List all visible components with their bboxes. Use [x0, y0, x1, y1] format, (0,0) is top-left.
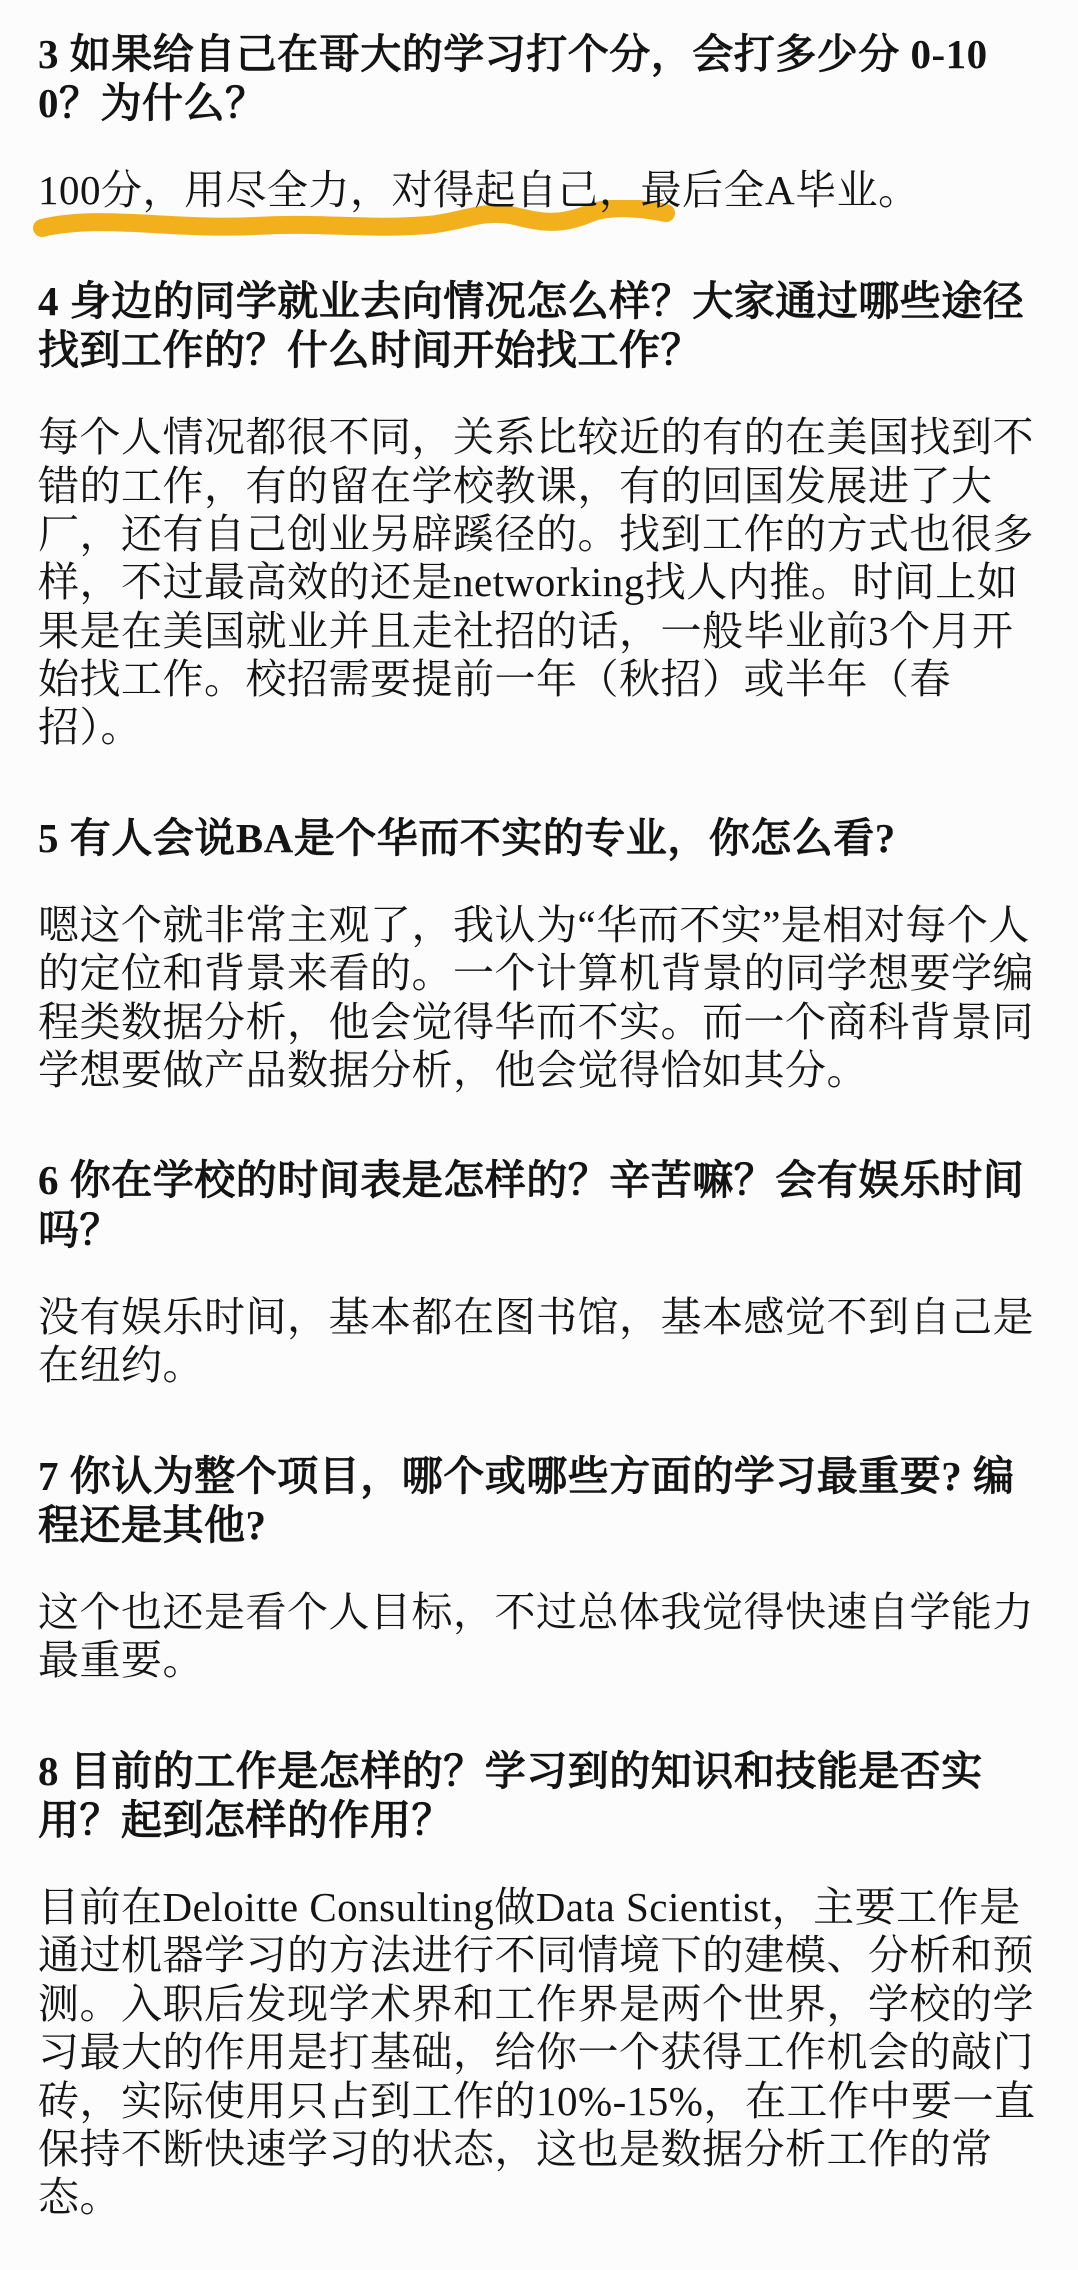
answer-6: 没有娱乐时间，基本都在图书馆，基本感觉不到自己是在纽约。: [38, 1293, 1044, 1390]
question-8: 8 目前的工作是怎样的？学习到的知识和技能是否实用？起到怎样的作用？: [38, 1747, 1044, 1845]
qa-section-3: 3 如果给自己在哥大的学习打个分，会打多少分 0-100？为什么？ 100分，用…: [38, 30, 1044, 215]
qa-document: 3 如果给自己在哥大的学习打个分，会打多少分 0-100？为什么？ 100分，用…: [0, 0, 1078, 2270]
question-3: 3 如果给自己在哥大的学习打个分，会打多少分 0-100？为什么？: [38, 30, 1044, 128]
answer-8: 目前在Deloitte Consulting做Data Scientist，主要…: [38, 1883, 1044, 2222]
qa-section-8: 8 目前的工作是怎样的？学习到的知识和技能是否实用？起到怎样的作用？ 目前在De…: [38, 1747, 1044, 2222]
question-7: 7 你认为整个项目，哪个或哪些方面的学习最重要? 编程还是其他?: [38, 1452, 1044, 1550]
answer-4: 每个人情况都很不同，关系比较近的有的在美国找到不错的工作，有的留在学校教课，有的…: [38, 413, 1044, 752]
qa-section-5: 5 有人会说BA是个华而不实的专业，你怎么看? 嗯这个就非常主观了，我认为“华而…: [38, 814, 1044, 1095]
qa-section-6: 6 你在学校的时间表是怎样的？辛苦嘛？会有娱乐时间吗？ 没有娱乐时间，基本都在图…: [38, 1156, 1044, 1389]
question-4: 4 身边的同学就业去向情况怎么样？大家通过哪些途径找到工作的？什么时间开始找工作…: [38, 277, 1044, 375]
question-6: 6 你在学校的时间表是怎样的？辛苦嘛？会有娱乐时间吗？: [38, 1156, 1044, 1254]
question-5: 5 有人会说BA是个华而不实的专业，你怎么看?: [38, 814, 1044, 863]
qa-section-7: 7 你认为整个项目，哪个或哪些方面的学习最重要? 编程还是其他? 这个也还是看个…: [38, 1452, 1044, 1685]
answer-3: 100分，用尽全力，对得起自己，最后全A毕业。: [38, 166, 1044, 214]
answer-3-text: 100分，用尽全力，对得起自己，最后全A毕业。: [38, 167, 920, 213]
answer-5: 嗯这个就非常主观了，我认为“华而不实”是相对每个人的定位和背景来看的。一个计算机…: [38, 901, 1044, 1095]
answer-7: 这个也还是看个人目标，不过总体我觉得快速自学能力最重要。: [38, 1588, 1044, 1685]
qa-section-4: 4 身边的同学就业去向情况怎么样？大家通过哪些途径找到工作的？什么时间开始找工作…: [38, 277, 1044, 752]
